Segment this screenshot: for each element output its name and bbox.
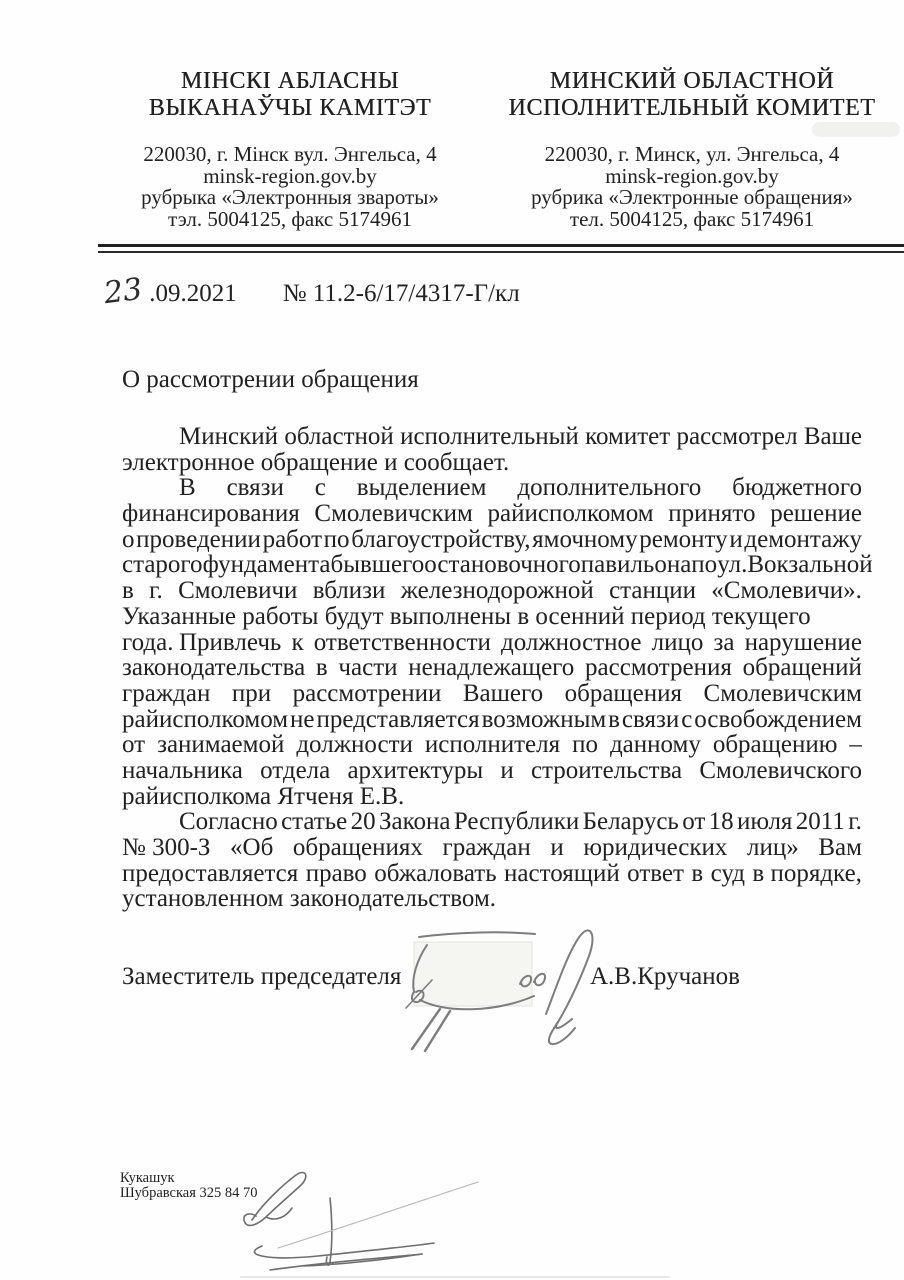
org-title-belarusian: МІНСКІ АБЛАСНЫВЫКАНАЎЧЫ КАМІТЭТ <box>100 68 480 122</box>
paragraph: Согласностатье20ЗаконаРеспубликиБеларусь… <box>122 809 862 912</box>
scan-smudge <box>812 122 900 137</box>
subject-line: О рассмотрении обращения <box>122 366 419 394</box>
text-line: МИНСКИЙ ОБЛАСТНОЙ <box>480 68 904 95</box>
text-line: начальникаотделаархитектурыистроительств… <box>122 758 862 784</box>
text-line: установленном законодательством. <box>122 886 862 912</box>
letterhead-left: МІНСКІ АБЛАСНЫВЫКАНАЎЧЫ КАМІТЭТ 220030, … <box>100 68 480 122</box>
signer-position: Заместитель председателя <box>122 963 401 991</box>
text-line: 220030, г. Минск, ул. Энгельса, 4 <box>480 144 904 166</box>
scanned-letter-page: МІНСКІ АБЛАСНЫВЫКАНАЎЧЫ КАМІТЭТ 220030, … <box>0 0 904 1280</box>
text-line: Указанные работы будут выполнены в осенн… <box>122 604 862 630</box>
separator-rule <box>98 244 904 253</box>
text-line: законодательствавчастиненадлежащегорассм… <box>122 655 862 681</box>
text-line: предоставляетсяправообжаловатьнастоящийо… <box>122 861 862 887</box>
text-line: № 300-З«Обобращенияхгражданиюридическихл… <box>122 835 862 861</box>
letterhead-right: МИНСКИЙ ОБЛАСТНОЙИСПОЛНИТЕЛЬНЫЙ КОМИТЕТ … <box>480 68 904 122</box>
text-line: Всвязисвыделениемдополнительногобюджетно… <box>122 475 862 501</box>
reference-line: 23.09.2021№ 11.2-6/17/4317-Г/кл <box>104 274 520 309</box>
reference-number: № 11.2-6/17/4317-Г/кл <box>283 280 520 307</box>
text-line: тэл. 5004125, факс 5174961 <box>100 209 480 231</box>
org-address-belarusian: 220030, г. Мінск вул. Энгельса, 4minsk-r… <box>100 144 480 230</box>
text-line: гражданприрассмотренииВашегообращенияСмо… <box>122 681 862 707</box>
handwritten-day: 23 <box>102 272 144 311</box>
letter-body: Минскийобластнойисполнительныйкомитетрас… <box>122 424 862 912</box>
text-line: электронное обращение и сообщает. <box>122 450 862 476</box>
text-line: рубрика «Электронные обращения» <box>480 187 904 209</box>
org-address-russian: 220030, г. Минск, ул. Энгельса, 4minsk-r… <box>480 144 904 230</box>
paragraph: Минскийобластнойисполнительныйкомитетрас… <box>122 424 862 475</box>
text-line: МІНСКІ АБЛАСНЫ <box>100 68 480 95</box>
text-line: 220030, г. Мінск вул. Энгельса, 4 <box>100 144 480 166</box>
text-line: райисполкома Ятченя Е.В. <box>122 784 862 810</box>
text-line: райисполкомомнепредставляетсявозможнымвс… <box>122 707 862 733</box>
text-line: Минскийобластнойисполнительныйкомитетрас… <box>122 424 862 450</box>
reference-date: .09.2021 <box>149 280 237 307</box>
text-line: ВЫКАНАЎЧЫ КАМІТЭТ <box>100 95 480 122</box>
signature-redaction-patch <box>414 942 532 1006</box>
text-line: minsk-region.gov.by <box>100 166 480 188</box>
text-line: опроведенииработпоблагоустройству,ямочно… <box>122 527 862 553</box>
page-edge-smear <box>240 1276 670 1278</box>
org-title-russian: МИНСКИЙ ОБЛАСТНОЙИСПОЛНИТЕЛЬНЫЙ КОМИТЕТ <box>480 68 904 122</box>
signer-name: А.В.Кручанов <box>590 963 740 991</box>
text-line: minsk-region.gov.by <box>480 166 904 188</box>
text-line: старогофундаментабывшегоостановочногопав… <box>122 552 862 578</box>
paragraph: Привлечькответственностидолжностноелицоз… <box>122 630 862 810</box>
text-line: рубрыка «Электронныя звароты» <box>100 187 480 209</box>
text-line: вг.Смолевичивблизижелезнодорожнойстанции… <box>122 578 862 604</box>
text-line: Согласностатье20ЗаконаРеспубликиБеларусь… <box>122 809 862 835</box>
text-line: Привлечькответственностидолжностноелицоз… <box>122 630 862 656</box>
text-line: финансированияСмолевичскимрайисполкомомп… <box>122 501 862 527</box>
text-line: отзанимаемойдолжностиисполнителяподанном… <box>122 732 862 758</box>
text-line: ИСПОЛНИТЕЛЬНЫЙ КОМИТЕТ <box>480 95 904 122</box>
paragraph: Всвязисвыделениемдополнительногобюджетно… <box>122 475 862 629</box>
text-line: тел. 5004125, факс 5174961 <box>480 209 904 231</box>
footer-scribbles <box>226 1156 482 1280</box>
